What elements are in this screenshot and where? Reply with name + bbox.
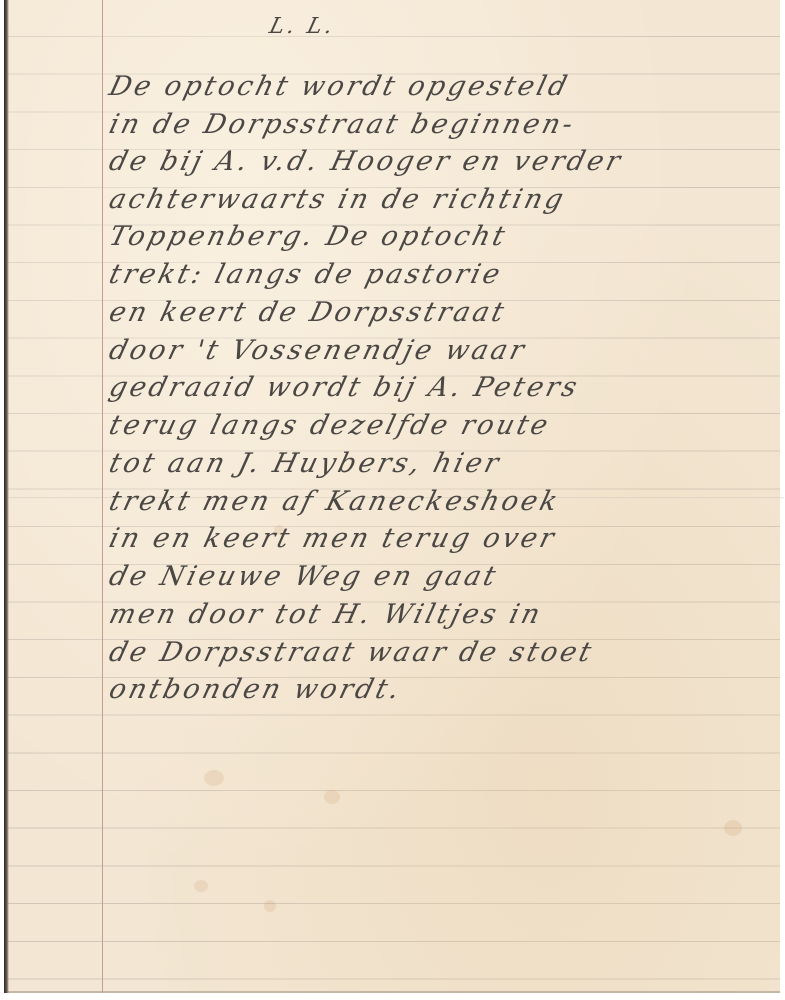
text-line: Toppenberg. De optocht [106, 222, 510, 252]
text-line: ontbonden wordt. [106, 675, 405, 705]
text-line: de Dorpsstraat waar de stoet [106, 638, 597, 668]
heading: L. L. [266, 12, 339, 42]
text-line: gedraaid wordt bij A. Peters [106, 373, 583, 403]
letter-page: L. L. De optocht wordt opgesteld in de D… [4, 0, 780, 993]
paper-stain [194, 880, 208, 892]
text-line: door 't Vossenendje waar [106, 336, 530, 366]
paper-stain [324, 790, 340, 804]
text-line: terug langs dezelfde route [106, 411, 554, 441]
text-line: tot aan J. Huybers, hier [106, 449, 504, 479]
text-line: trekt men af Kaneckeshoek [106, 487, 563, 517]
text-line: achterwaarts in de richting [106, 185, 569, 215]
text-line: de Nieuwe Weg en gaat [106, 562, 501, 592]
text-line: in en keert men terug over [106, 524, 560, 554]
paper-stain [204, 770, 224, 786]
text-line: De optocht wordt opgesteld [106, 72, 573, 102]
text-line: de bij A. v.d. Hooger en verder [106, 147, 626, 177]
text-line: in de Dorpsstraat beginnen- [106, 110, 579, 140]
text-line: trekt: langs de pastorie [106, 260, 506, 290]
text-line: en keert de Dorpsstraat [106, 298, 510, 328]
paper-stain [724, 820, 742, 836]
paper-stain [264, 900, 276, 912]
text-line: men door tot H. Wiltjes in [106, 600, 546, 630]
